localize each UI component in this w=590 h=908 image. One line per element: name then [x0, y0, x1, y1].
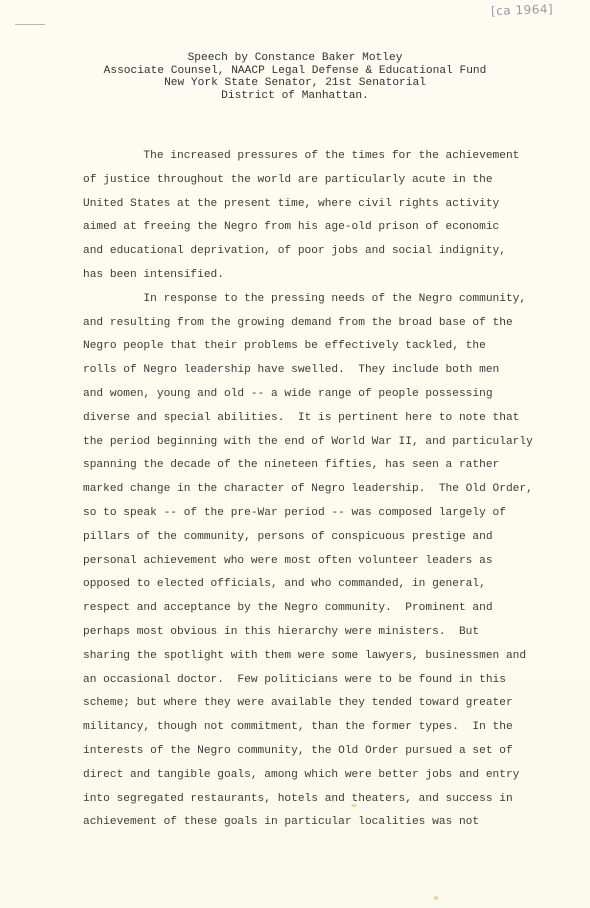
paragraph-1: The increased pressures of the times for…: [83, 145, 583, 288]
text-line: has been intensified.: [83, 264, 583, 288]
text-line: rolls of Negro leadership have swelled. …: [83, 359, 583, 383]
pencil-mark: [15, 24, 45, 25]
text-line: The increased pressures of the times for…: [83, 145, 583, 169]
text-line: interests of the Negro community, the Ol…: [83, 740, 583, 764]
paper-stain: [434, 896, 438, 900]
text-line: and resulting from the growing demand fr…: [83, 312, 583, 336]
speech-header: Speech by Constance Baker Motley Associa…: [0, 52, 590, 102]
header-affiliation: Associate Counsel, NAACP Legal Defense &…: [0, 65, 590, 78]
text-line: achievement of these goals in particular…: [83, 811, 583, 835]
text-line: perhaps most obvious in this hierarchy w…: [83, 621, 583, 645]
text-line: of justice throughout the world are part…: [83, 169, 583, 193]
text-line: spanning the decade of the nineteen fift…: [83, 454, 583, 478]
text-line: militancy, though not commitment, than t…: [83, 716, 583, 740]
text-line: and educational deprivation, of poor job…: [83, 240, 583, 264]
header-title: Speech by Constance Baker Motley: [0, 52, 590, 65]
text-line: sharing the spotlight with them were som…: [83, 645, 583, 669]
paragraph-2: In response to the pressing needs of the…: [83, 288, 583, 835]
paper-stain: [351, 804, 357, 807]
text-line: diverse and special abilities. It is per…: [83, 407, 583, 431]
header-district: District of Manhattan.: [0, 90, 590, 103]
text-line: direct and tangible goals, among which w…: [83, 764, 583, 788]
text-line: United States at the present time, where…: [83, 193, 583, 217]
text-line: In response to the pressing needs of the…: [83, 288, 583, 312]
text-line: so to speak -- of the pre-War period -- …: [83, 502, 583, 526]
speech-body: The increased pressures of the times for…: [83, 145, 583, 835]
text-line: opposed to elected officials, and who co…: [83, 573, 583, 597]
text-line: pillars of the community, persons of con…: [83, 526, 583, 550]
text-line: and women, young and old -- a wide range…: [83, 383, 583, 407]
text-line: an occasional doctor. Few politicians we…: [83, 669, 583, 693]
text-line: the period beginning with the end of Wor…: [83, 431, 583, 455]
text-line: aimed at freeing the Negro from his age-…: [83, 216, 583, 240]
text-line: personal achievement who were most often…: [83, 550, 583, 574]
header-office: New York State Senator, 21st Senatorial: [0, 77, 590, 90]
text-line: into segregated restaurants, hotels and …: [83, 788, 583, 812]
date-annotation: [ca 1964]: [491, 2, 554, 18]
text-line: scheme; but where they were available th…: [83, 692, 583, 716]
text-line: marked change in the character of Negro …: [83, 478, 583, 502]
document-page: [ca 1964] Speech by Constance Baker Motl…: [0, 0, 590, 908]
text-line: Negro people that their problems be effe…: [83, 335, 583, 359]
text-line: respect and acceptance by the Negro comm…: [83, 597, 583, 621]
